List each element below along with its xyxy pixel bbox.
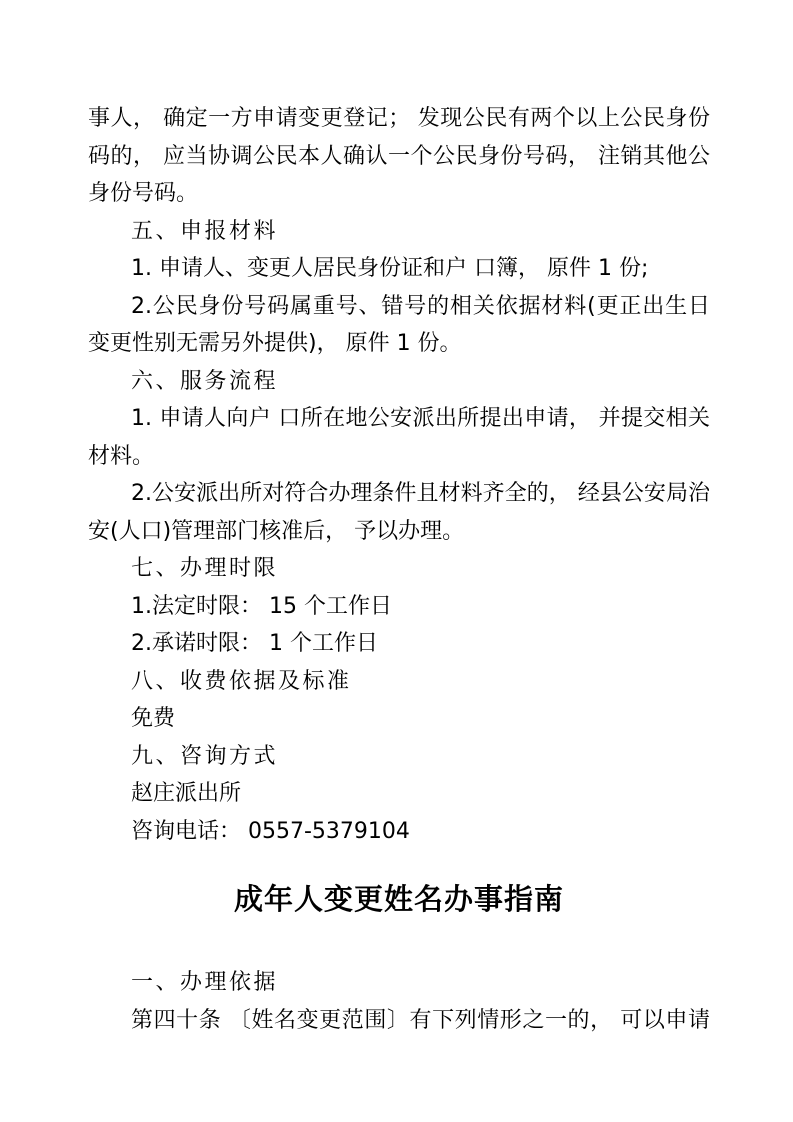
paragraph-line: 安(人口)管理部门核准后， 予以办理。	[88, 513, 710, 551]
legal-basis-line: 第四十条 〔姓名变更范围〕有下列情形之一的， 可以申请变	[88, 1002, 710, 1040]
list-item: 2.公民身份号码属重号、错号的相关依据材料(更正出生日期、	[88, 288, 710, 326]
list-item: 2.承诺时限： 1 个工作日	[88, 625, 710, 663]
consult-phone: 咨询电话： 0557-5379104	[88, 813, 710, 851]
list-item: 2.公安派出所对符合办理条件且材料齐全的， 经县公安局治	[88, 475, 710, 513]
fee-info: 免费	[88, 700, 710, 738]
paragraph-line: 码的， 应当协调公民本人确认一个公民身份号码， 注销其他公民	[88, 138, 710, 176]
section-heading-one: 一、办理依据	[88, 964, 710, 1002]
list-item: 1. 申请人、变更人居民身份证和户 口簿， 原件 1 份;	[88, 250, 710, 288]
paragraph-line: 材料。	[88, 438, 710, 476]
section-heading-seven: 七、办理时限	[88, 550, 710, 588]
paragraph-line: 变更性别无需另外提供)， 原件 1 份。	[88, 325, 710, 363]
document-page: 事人， 确定一方申请变更登记； 发现公民有两个以上公民身份号 码的， 应当协调公…	[0, 0, 793, 1122]
paragraph-line: 身份号码。	[88, 175, 710, 213]
guide-title: 成年人变更姓名办事指南	[88, 871, 710, 927]
section-heading-eight: 八、收费依据及标准	[88, 663, 710, 701]
list-item: 1. 申请人向户 口所在地公安派出所提出申请， 并提交相关的	[88, 400, 710, 438]
list-item: 1.法定时限： 15 个工作日	[88, 588, 710, 626]
section-heading-six: 六、服务流程	[88, 363, 710, 401]
consult-office: 赵庄派出所	[88, 775, 710, 813]
paragraph-line: 事人， 确定一方申请变更登记； 发现公民有两个以上公民身份号	[88, 100, 710, 138]
section-heading-nine: 九、咨询方式	[88, 738, 710, 776]
section-heading-five: 五、申报材料	[88, 213, 710, 251]
